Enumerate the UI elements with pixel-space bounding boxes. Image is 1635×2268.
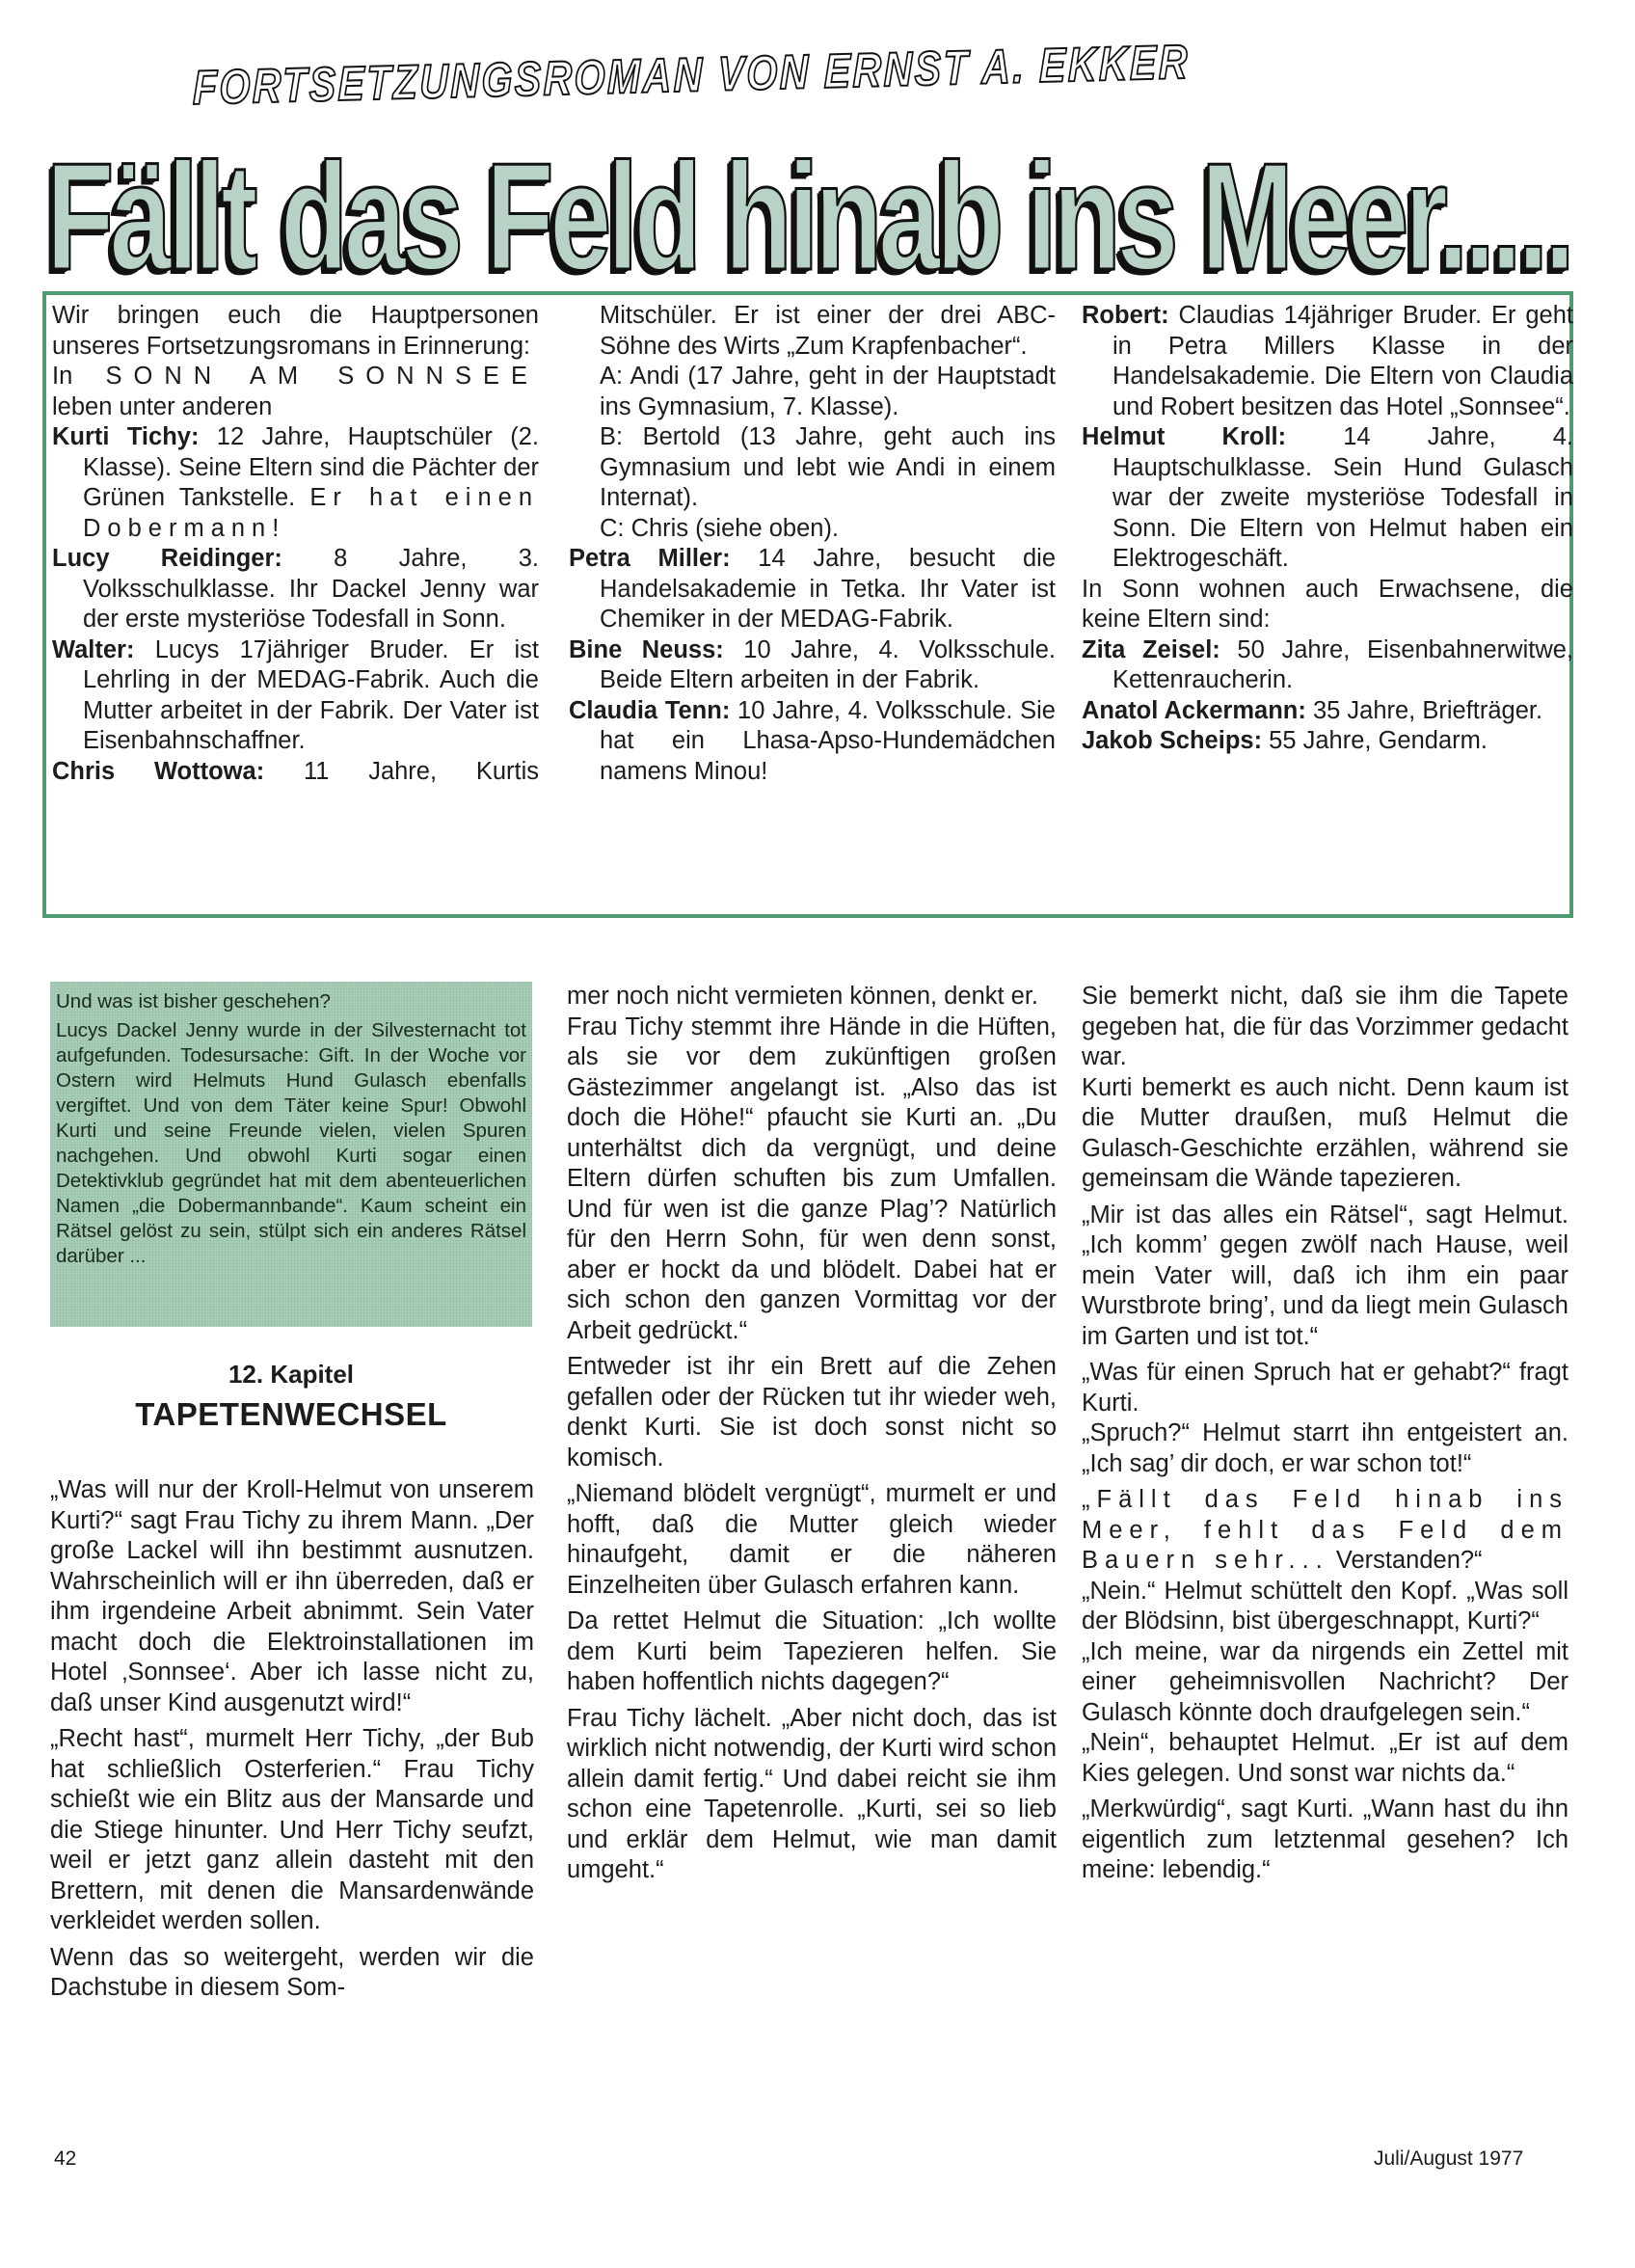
story-paragraph: mer noch nicht vermieten können, denkt e… (567, 982, 1057, 1012)
cast-entry: Petra Miller: 14 Jahre, besucht die Hand… (569, 544, 1056, 635)
cast-column-3: Robert: Claudias 14jähriger Bruder. Er g… (1082, 301, 1573, 757)
story-paragraph: „Was will nur der Kroll-Helmut von unser… (50, 1475, 534, 1718)
riddle-paragraph: „Fällt das Feld hinab ins Meer, fehlt da… (1082, 1485, 1568, 1577)
cast-entry: Claudia Tenn: 10 Jahre, 4. Volksschule. … (569, 696, 1056, 788)
cast-place-suffix: leben unter anderen (52, 392, 539, 423)
adult-entry: Jakob Scheips: 55 Jahre, Gendarm. (1082, 726, 1573, 757)
adult-entry: Anatol Ackermann: 35 Jahre, Briefträger. (1082, 696, 1573, 727)
cast-entry: Bine Neuss: 10 Jahre, 4. Volksschule. Be… (569, 635, 1056, 696)
headline: Fällt das Feld hinab ins Meer..... (46, 145, 1200, 289)
riddle-text: „Fällt das Feld hinab ins Meer, fehlt da… (1082, 1486, 1568, 1574)
story-paragraph: Frau Tichy lächelt. „Aber nicht doch, da… (567, 1704, 1057, 1886)
story-paragraph: Wenn das so weitergeht, werden wir die D… (50, 1943, 534, 2004)
cast-entry: Robert: Claudias 14jähriger Bruder. Er g… (1082, 301, 1573, 422)
story-paragraph: „Mir ist das alles ein Rätsel“, sagt Hel… (1082, 1201, 1568, 1353)
place-name: SONN AM SONNSEE (106, 363, 539, 390)
serial-kicker: FORTSETZUNGSROMAN VON ERNST A. EKKER (193, 39, 1015, 127)
story-paragraph: „Merkwürdig“, sagt Kurti. „Wann hast du … (1082, 1795, 1568, 1886)
story-column-1: „Was will nur der Kroll-Helmut von unser… (50, 1475, 534, 2010)
page-number: 42 (54, 2147, 76, 2171)
story-paragraph: „Recht hast“, murmelt Herr Tichy, „der B… (50, 1724, 534, 1937)
story-paragraph: Frau Tichy stemmt ihre Hände in die Hüft… (567, 1012, 1057, 1347)
abc-son-a: A: Andi (17 Jahre, geht in der Hauptstad… (569, 362, 1056, 422)
adult-entry: Zita Zeisel: 50 Jahre, Eisenbahnerwitwe,… (1082, 635, 1573, 696)
story-column-2: mer noch nicht vermieten können, denkt e… (567, 982, 1057, 1892)
cast-column-2: Mitschüler. Er ist einer der drei ABC-Sö… (569, 301, 1056, 787)
story-paragraph: „Niemand blödelt vergnügt“, murmelt er u… (567, 1479, 1057, 1601)
chapter-number: 12. Kapitel (50, 1360, 532, 1390)
cast-entry: Kurti Tichy: 12 Jahre, Hauptschüler (2. … (52, 422, 539, 544)
cast-place-line: In SONN AM SONNSEE (52, 362, 539, 392)
cast-entry: Helmut Kroll: 14 Jahre, 4. Hauptschulkla… (1082, 422, 1573, 575)
cast-intro: Wir bringen euch die Hauptpersonen unser… (52, 301, 539, 362)
story-paragraph: „Nein“, behauptet Helmut. „Er ist auf de… (1082, 1728, 1568, 1789)
story-paragraph: „Ich meine, war da nirgends ein Zettel m… (1082, 1637, 1568, 1729)
abc-son-c: C: Chris (siehe oben). (569, 514, 1056, 545)
recap-box: Und was ist bisher geschehen? Lucys Dack… (50, 982, 532, 1327)
story-paragraph: „Was für einen Spruch hat er gehabt?“ fr… (1082, 1358, 1568, 1418)
story-paragraph: „Spruch?“ Helmut starrt ihn entgeistert … (1082, 1418, 1568, 1479)
recap-body: Lucys Dackel Jenny wurde in der Silveste… (56, 1018, 526, 1269)
cast-entry: Lucy Reidinger: 8 Jahre, 3. Volksschulkl… (52, 544, 539, 635)
story-column-3: Sie bemerkt nicht, daß sie ihm die Tapet… (1082, 982, 1568, 1892)
story-paragraph: Da rettet Helmut die Situation: „Ich wol… (567, 1606, 1057, 1698)
recap-title: Und was ist bisher geschehen? (56, 989, 526, 1014)
cast-entry: Walter: Lucys 17jähriger Bruder. Er ist … (52, 635, 539, 757)
abc-son-b: B: Bertold (13 Jahre, geht auch ins Gymn… (569, 422, 1056, 514)
cast-continuation: Mitschüler. Er ist einer der drei ABC-Sö… (569, 301, 1056, 362)
story-paragraph: Entweder ist ihr ein Brett auf die Zehen… (567, 1352, 1057, 1473)
cast-entry: Chris Wottowa: 11 Jahre, Kurtis (52, 757, 539, 788)
story-paragraph: Kurti bemerkt es auch nicht. Denn kaum i… (1082, 1073, 1568, 1195)
chapter-title: TAPETENWECHSEL (50, 1396, 532, 1433)
adults-intro: In Sonn wohnen auch Erwachsene, die kein… (1082, 575, 1573, 635)
story-paragraph: „Nein.“ Helmut schüttelt den Kopf. „Was … (1082, 1577, 1568, 1637)
story-paragraph: Sie bemerkt nicht, daß sie ihm die Tapet… (1082, 982, 1568, 1073)
issue-date: Juli/August 1977 (1374, 2147, 1523, 2171)
cast-column-1: Wir bringen euch die Hauptpersonen unser… (52, 301, 539, 787)
